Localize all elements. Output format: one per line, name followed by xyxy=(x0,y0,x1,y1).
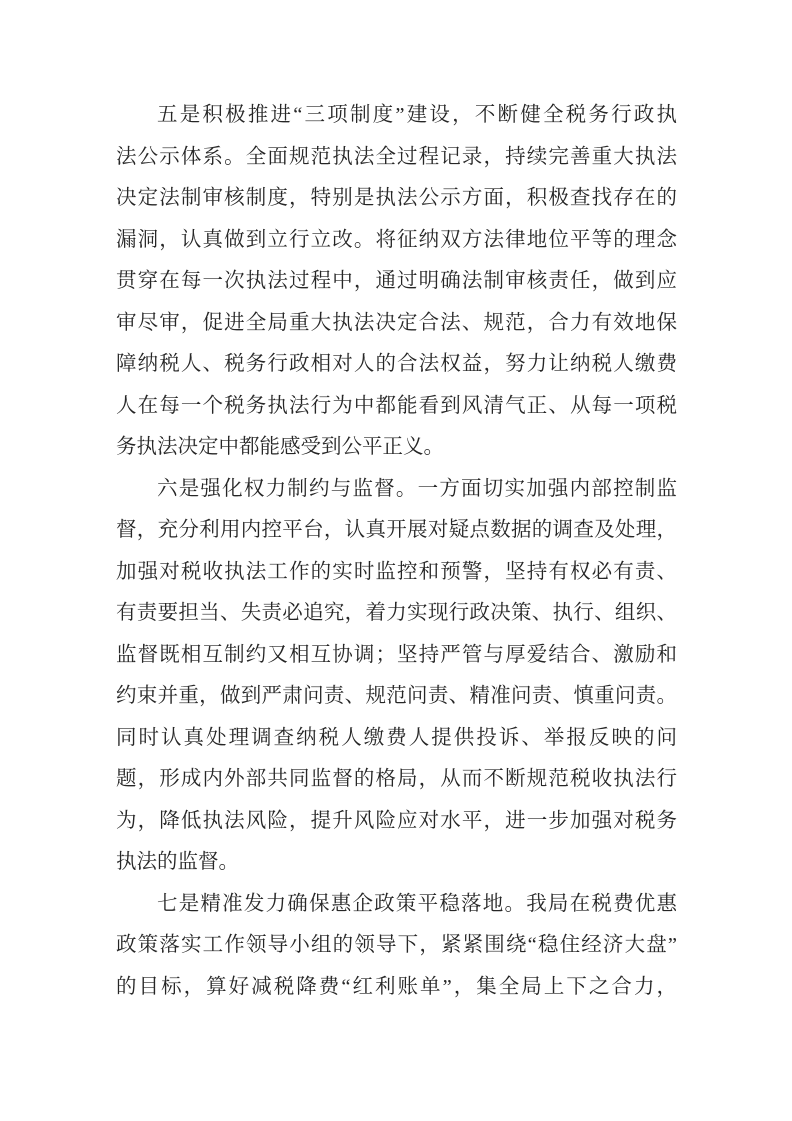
text-line: 漏洞，认真做到立行立改。将征纳双方法律地位平等的理念 xyxy=(116,220,677,262)
paragraph-point-five: 五是积极推进“三项制度”建设，不断健全税务行政执 法公示体系。全面规范执法全过程… xyxy=(116,95,677,469)
document-page: 五是积极推进“三项制度”建设，不断健全税务行政执 法公示体系。全面规范执法全过程… xyxy=(0,0,792,1121)
text-line: 五是积极推进“三项制度”建设，不断健全税务行政执 xyxy=(116,95,677,137)
text-line: 督，充分利用内控平台，认真开展对疑点数据的调查及处理， xyxy=(116,510,677,552)
text-line: 加强对税收执法工作的实时监控和预警，坚持有权必有责、 xyxy=(116,552,677,594)
text-line: 为，降低执法风险，提升风险应对水平，进一步加强对税务 xyxy=(116,801,677,843)
text-line: 务执法决定中都能感受到公平正义。 xyxy=(116,427,677,469)
text-line: 政策落实工作领导小组的领导下，紧紧围绕“稳住经济大盘” xyxy=(116,925,677,967)
paragraph-point-seven: 七是精准发力确保惠企政策平稳落地。我局在税费优惠 政策落实工作领导小组的领导下，… xyxy=(116,884,677,1009)
text-line: 有责要担当、失责必追究，着力实现行政决策、执行、组织、 xyxy=(116,593,677,635)
text-line: 人在每一个税务执法行为中都能看到风清气正、从每一项税 xyxy=(116,386,677,428)
text-line: 六是强化权力制约与监督。一方面切实加强内部控制监 xyxy=(116,469,677,511)
text-line: 障纳税人、税务行政相对人的合法权益，努力让纳税人缴费 xyxy=(116,344,677,386)
text-line: 法公示体系。全面规范执法全过程记录，持续完善重大执法 xyxy=(116,137,677,179)
text-line: 的目标，算好减税降费“红利账单”，集全局上下之合力， xyxy=(116,967,677,1009)
text-line: 监督既相互制约又相互协调；坚持严管与厚爱结合、激励和 xyxy=(116,635,677,677)
text-line: 执法的监督。 xyxy=(116,842,677,884)
text-line: 约束并重，做到严肃问责、规范问责、精准问责、慎重问责。 xyxy=(116,676,677,718)
text-line: 同时认真处理调查纳税人缴费人提供投诉、举报反映的问 xyxy=(116,718,677,760)
text-line: 贯穿在每一次执法过程中，通过明确法制审核责任，做到应 xyxy=(116,261,677,303)
text-line: 决定法制审核制度，特别是执法公示方面，积极查找存在的 xyxy=(116,178,677,220)
document-body: 五是积极推进“三项制度”建设，不断健全税务行政执 法公示体系。全面规范执法全过程… xyxy=(116,95,677,1008)
text-line: 审尽审，促进全局重大执法决定合法、规范，合力有效地保 xyxy=(116,303,677,345)
text-line: 七是精准发力确保惠企政策平稳落地。我局在税费优惠 xyxy=(116,884,677,926)
text-line: 题，形成内外部共同监督的格局，从而不断规范税收执法行 xyxy=(116,759,677,801)
paragraph-point-six: 六是强化权力制约与监督。一方面切实加强内部控制监 督，充分利用内控平台，认真开展… xyxy=(116,469,677,884)
